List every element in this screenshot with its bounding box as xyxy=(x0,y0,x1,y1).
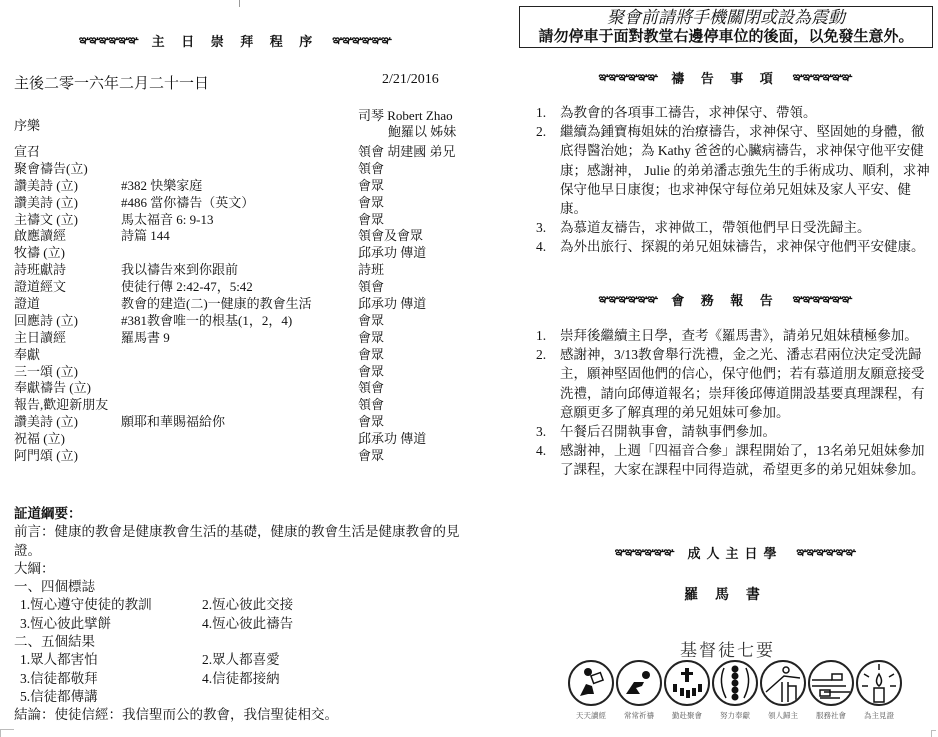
program-leader: 邱承功 傳道 xyxy=(358,245,426,262)
affairs-item: 2.感謝神，3/13教會舉行洗禮，金之光、潘志君兩位決定受洗歸主，願神堅固他們的… xyxy=(536,345,932,422)
program-content: 教會的建造(二)一健康的教會生活 xyxy=(121,296,312,313)
prayer-item: 1.為教會的各項事工禱告，求神保守、帶領。 xyxy=(536,103,932,122)
worship-program-title: 主 日 崇 拜 程 序 xyxy=(152,31,319,50)
program-content: 羅馬書 9 xyxy=(121,330,170,347)
service-hands-icon xyxy=(808,660,854,706)
program-leader: 領會 xyxy=(358,161,384,178)
prayer-heading: ఞఞఞఞఞఞ 禱 告 事 項 ఞఞఞఞఞఞ xyxy=(512,68,938,87)
caption-attend: 勤赴聚會 xyxy=(664,710,710,721)
outline-intro: 前言：健康的教會是健康教會生活的基礎，健康的教會生活是健康教會的見證。 xyxy=(14,523,469,560)
program-row: 聚會禱告(立)領會 xyxy=(14,161,474,178)
witness-candle-icon xyxy=(856,660,902,706)
program-leader: 會眾 xyxy=(358,313,384,330)
prayer-item: 3.為慕道友禱告，求神做工，帶領他們早日受洗歸主。 xyxy=(536,218,932,237)
program-item: 祝福 (立) xyxy=(14,431,65,448)
affairs-list: 1.崇拜後繼續主日學，查考《羅馬書》，請弟兄姐妹積極參加。 2.感謝神，3/13… xyxy=(536,326,932,480)
outline-conclusion: 結論：使徒信經：我信聖而公的教會，我信聖徒相交。 xyxy=(14,706,469,724)
phone-notice: 聚會前請將手機關閉或設為震動 xyxy=(520,8,932,27)
service-date: 主後二零一六年二月二十一日 2/21/2016 xyxy=(14,72,444,93)
program-row: 讚美詩 (立)#486 當你禱告（英文）會眾 xyxy=(14,195,474,212)
program-leader: 詩班 xyxy=(358,262,384,279)
outline-point: 5.信徒都傳講 xyxy=(20,688,202,706)
prayer-item-number: 3. xyxy=(536,218,546,237)
prayer-item-text: 為外出旅行、探親的弟兄姐妹禱告，求神保守他們平安健康。 xyxy=(560,239,925,254)
announcements-page: 聚會前請將手機關閉或設為震動 請勿停車于面對教堂右邊停車位的後面，以免發生意外。… xyxy=(512,0,938,737)
date-chinese: 主後二零一六年二月二十一日 xyxy=(14,76,209,92)
affairs-item-number: 4. xyxy=(536,441,546,460)
program-item: 主禱文 (立) xyxy=(14,212,78,229)
program-leader-line2: 鮑羅以 姊妹 xyxy=(358,124,456,140)
affairs-item-number: 3. xyxy=(536,422,546,441)
program-leader: 領會 xyxy=(358,397,384,414)
caption-pray: 常常祈禱 xyxy=(616,710,662,721)
outline-point: 3.信徒都敬拜 xyxy=(20,670,202,688)
program-row: 序樂 司琴 Robert Zhao 鮑羅以 姊妹 xyxy=(14,108,474,144)
program-row: 奉獻會眾 xyxy=(14,347,474,364)
outline-part2-list: 1.眾人都害怕 2.眾人都喜愛 3.信徒都敬拜 4.信徒都接納 5.信徒都傳講 xyxy=(14,651,469,706)
affairs-item-number: 2. xyxy=(536,345,546,364)
program-row: 證道經文使徒行傳 2:42-47，5:42領會 xyxy=(14,279,474,296)
program-leader: 會眾 xyxy=(358,414,384,431)
fellowship-cross-icon xyxy=(664,660,710,706)
affairs-item: 4.感謝神，上週「四福音合參」課程開始了，13名弟兄姐妹參加了課程，大家在課程中… xyxy=(536,441,932,479)
program-content: 詩篇 144 xyxy=(121,228,170,245)
ornament-left-icon: ఞఞఞఞఞఞ xyxy=(79,33,138,49)
affairs-item-text: 崇拜後繼續主日學，查考《羅馬書》，請弟兄姐妹積極參加。 xyxy=(560,328,918,343)
notice-box: 聚會前請將手機關閉或設為震動 請勿停車于面對教堂右邊停車位的後面，以免發生意外。 xyxy=(519,6,933,48)
program-row: 報告,歡迎新朋友領會 xyxy=(14,397,474,414)
outline-point: 3.恆心彼此擘餅 xyxy=(20,615,202,633)
seven-essentials-icons xyxy=(568,660,902,706)
program-content: 我以禱告來到你跟前 xyxy=(121,262,238,279)
program-leader: 會眾 xyxy=(358,364,384,381)
affairs-item-text: 午餐后召開執事會，請執事們參加。 xyxy=(560,424,776,439)
outline-point: 4.恆心彼此禱告 xyxy=(202,615,402,633)
outline-label: 大綱： xyxy=(14,560,469,578)
program-row: 三一頌 (立)會眾 xyxy=(14,364,474,381)
worship-program-page: ఞఞఞఞఞఞ 主 日 崇 拜 程 序 ఞఞఞఞఞఞ 主後二零一六年二月二十一日 … xyxy=(0,0,470,737)
caption-witness: 為主見證 xyxy=(856,710,902,721)
reading-bible-icon xyxy=(568,660,614,706)
affairs-title: 會 務 報 告 xyxy=(671,290,779,309)
prayer-item-number: 1. xyxy=(536,103,546,122)
affairs-heading: ఞఞఞఞఞఞ 會 務 報 告 ఞఞఞఞఞఞ xyxy=(512,290,938,309)
ornament-right-icon: ఞఞఞఞఞఞ xyxy=(797,545,856,561)
program-leader: 會眾 xyxy=(358,347,384,364)
program-leader: 會眾 xyxy=(358,448,384,465)
affairs-item-text: 感謝神，上週「四福音合參」課程開始了，13名弟兄姐妹參加了課程，大家在課程中同得… xyxy=(560,443,925,477)
program-content: #486 當你禱告（英文） xyxy=(121,195,254,212)
program-row: 牧禱 (立)邱承功 傳道 xyxy=(14,245,474,262)
outline-part2-title: 二、五個結果 xyxy=(14,633,469,651)
program-leader: 會眾 xyxy=(358,178,384,195)
program-row: 主日讀經羅馬書 9會眾 xyxy=(14,330,474,347)
program-leader-line1: 司琴 Robert Zhao xyxy=(358,108,453,123)
program-content: #381教會唯一的根基(1，2，4) xyxy=(121,313,292,330)
seven-essentials-captions: 天天讀經 常常祈禱 勤赴聚會 努力奉獻 領人歸主 服務社會 為主見證 xyxy=(568,710,902,721)
program-leader: 會眾 xyxy=(358,330,384,347)
affairs-item: 1.崇拜後繼續主日學，查考《羅馬書》，請弟兄姐妹積極參加。 xyxy=(536,326,932,345)
program-content: 使徒行傳 2:42-47，5:42 xyxy=(121,279,253,296)
program-leader: 領會 xyxy=(358,279,384,296)
ornament-right-icon: ఞఞఞఞఞఞ xyxy=(793,70,852,86)
prayer-list: 1.為教會的各項事工禱告，求神保守、帶領。 2.繼續為鍾寶梅姐妹的治療禱告，求神… xyxy=(536,103,932,257)
program-item: 報告,歡迎新朋友 xyxy=(14,397,108,414)
sermon-outline: 証道綱要： 前言：健康的教會是健康教會生活的基礎，健康的教會生活是健康教會的見證… xyxy=(14,505,469,725)
program-table: 序樂 司琴 Robert Zhao 鮑羅以 姊妹 宣召領會 胡建國 弟兄 聚會禱… xyxy=(14,108,474,465)
caption-serve: 服務社會 xyxy=(808,710,854,721)
program-item: 牧禱 (立) xyxy=(14,245,65,262)
program-leader: 會眾 xyxy=(358,212,384,229)
page-corner-marker xyxy=(0,729,14,737)
program-item: 宣召 xyxy=(14,144,40,161)
outline-part1-title: 一、四個標誌 xyxy=(14,578,469,596)
program-item: 主日讀經 xyxy=(14,330,66,347)
outline-point: 1.眾人都害怕 xyxy=(20,651,202,669)
program-row: 主禱文 (立)馬太福音 6: 9-13會眾 xyxy=(14,212,474,229)
program-row: 啟應讀經詩篇 144領會及會眾 xyxy=(14,228,474,245)
prayer-item: 2.繼續為鍾寶梅姐妹的治療禱告，求神保守、堅固她的身體，徹底得醫治她；為 Kat… xyxy=(536,122,932,218)
program-content: 馬太福音 6: 9-13 xyxy=(121,212,213,229)
parking-notice: 請勿停車于面對教堂右邊停車位的後面，以免發生意外。 xyxy=(520,27,932,45)
program-row: 祝福 (立)邱承功 傳道 xyxy=(14,431,474,448)
program-item: 阿門頌 (立) xyxy=(14,448,78,465)
caption-offer: 努力奉獻 xyxy=(712,710,758,721)
ornament-right-icon: ఞఞఞఞఞఞ xyxy=(332,33,391,49)
prayer-title: 禱 告 事 項 xyxy=(671,68,779,87)
seven-essentials-title: 基督徒七要 xyxy=(680,636,775,661)
program-leader: 領會 胡建國 弟兄 xyxy=(358,144,456,161)
prayer-item: 4.為外出旅行、探親的弟兄姐妹禱告，求神保守他們平安健康。 xyxy=(536,237,932,256)
outline-point: 1.恆心遵守使徒的教訓 xyxy=(20,596,202,614)
program-leader: 司琴 Robert Zhao 鮑羅以 姊妹 xyxy=(358,108,456,140)
program-row: 讚美詩 (立)#382 快樂家庭會眾 xyxy=(14,178,474,195)
program-row: 奉獻禱告 (立)領會 xyxy=(14,380,474,397)
program-item: 奉獻禱告 (立) xyxy=(14,380,91,397)
prayer-item-number: 2. xyxy=(536,122,546,141)
offering-fish-icon xyxy=(712,660,758,706)
program-content: #382 快樂家庭 xyxy=(121,178,202,195)
program-item: 序樂 xyxy=(14,118,40,135)
program-content: 願耶和華賜福給你 xyxy=(121,414,225,431)
program-item: 證道經文 xyxy=(14,279,66,296)
caption-evangelize: 領人歸主 xyxy=(760,710,806,721)
outline-point: 2.恆心彼此交接 xyxy=(202,596,402,614)
program-item: 讚美詩 (立) xyxy=(14,178,78,195)
program-leader: 邱承功 傳道 xyxy=(358,296,426,313)
outline-heading: 証道綱要： xyxy=(14,505,469,523)
program-row: 詩班獻詩我以禱告來到你跟前詩班 xyxy=(14,262,474,279)
program-item: 回應詩 (立) xyxy=(14,313,78,330)
program-row: 宣召領會 胡建國 弟兄 xyxy=(14,144,474,161)
program-item: 奉獻 xyxy=(14,347,40,364)
prayer-item-number: 4. xyxy=(536,237,546,256)
ornament-left-icon: ఞఞఞఞఞఞ xyxy=(599,70,658,86)
praying-icon xyxy=(616,660,662,706)
program-item: 啟應讀經 xyxy=(14,228,66,245)
sunday-school-heading: ఞఞఞఞఞఞ 成人主日學 ఞఞఞఞఞఞ xyxy=(522,543,938,562)
sunday-school-title: 成人主日學 xyxy=(687,543,782,562)
program-item: 詩班獻詩 xyxy=(14,262,66,279)
prayer-item-text: 繼續為鍾寶梅姐妹的治療禱告，求神保守、堅固她的身體，徹底得醫治她；為 Kathy… xyxy=(560,124,930,216)
outline-part1-list: 1.恆心遵守使徒的教訓 2.恆心彼此交接 3.恆心彼此擘餅 4.恆心彼此禱告 xyxy=(14,596,469,633)
affairs-item: 3.午餐后召開執事會，請執事們參加。 xyxy=(536,422,932,441)
outline-point: 4.信徒都接納 xyxy=(202,670,402,688)
program-item: 讚美詩 (立) xyxy=(14,195,78,212)
program-leader: 邱承功 傳道 xyxy=(358,431,426,448)
sunday-school-book: 羅 馬 書 xyxy=(512,584,938,604)
page-corner-marker xyxy=(931,730,936,737)
outline-point: 2.眾人都喜愛 xyxy=(202,651,402,669)
program-row: 阿門頌 (立)會眾 xyxy=(14,448,474,465)
program-row: 證道教會的建造(二)一健康的教會生活邱承功 傳道 xyxy=(14,296,474,313)
program-item: 讚美詩 (立) xyxy=(14,414,78,431)
program-row: 回應詩 (立)#381教會唯一的根基(1，2，4)會眾 xyxy=(14,313,474,330)
program-leader: 領會及會眾 xyxy=(358,228,423,245)
ornament-right-icon: ఞఞఞఞఞఞ xyxy=(793,292,852,308)
program-item: 聚會禱告(立) xyxy=(14,161,88,178)
ornament-left-icon: ఞఞఞఞఞఞ xyxy=(599,292,658,308)
program-row: 讚美詩 (立)願耶和華賜福給你會眾 xyxy=(14,414,474,431)
program-item: 證道 xyxy=(14,296,40,313)
program-leader: 領會 xyxy=(358,380,384,397)
prayer-item-text: 為教會的各項事工禱告，求神保守、帶領。 xyxy=(560,105,817,120)
affairs-item-number: 1. xyxy=(536,326,546,345)
date-numeric: 2/21/2016 xyxy=(382,72,439,88)
worship-program-heading: ఞఞఞఞఞఞ 主 日 崇 拜 程 序 ఞఞఞఞఞఞ xyxy=(0,31,470,50)
program-item: 三一頌 (立) xyxy=(14,364,78,381)
prayer-item-text: 為慕道友禱告，求神做工，帶領他們早日受洗歸主。 xyxy=(560,220,871,235)
ornament-left-icon: ఞఞఞఞఞఞ xyxy=(615,545,674,561)
affairs-item-text: 感謝神，3/13教會舉行洗禮，金之光、潘志君兩位決定受洗歸主，願神堅固他們的信心… xyxy=(560,347,925,420)
caption-read-bible: 天天讀經 xyxy=(568,710,614,721)
evangelism-icon xyxy=(760,660,806,706)
program-leader: 會眾 xyxy=(358,195,384,212)
